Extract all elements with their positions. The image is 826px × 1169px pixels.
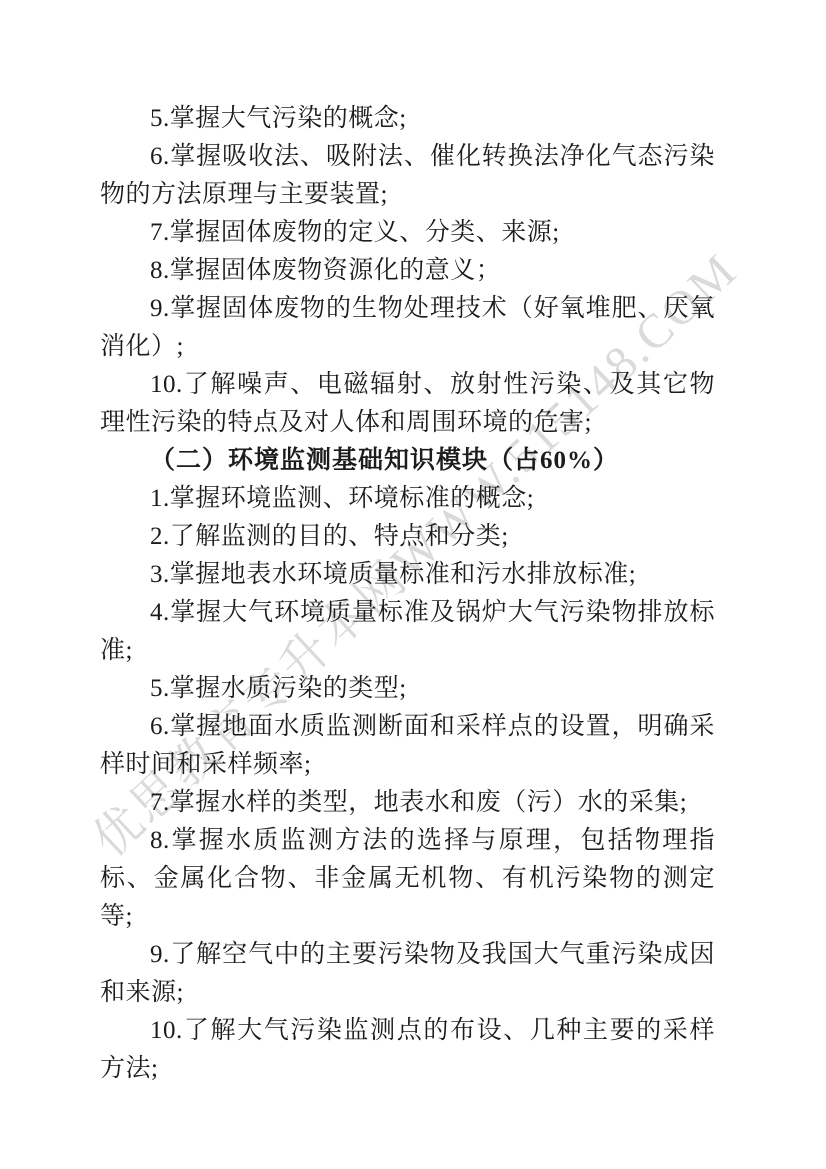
- list-item: 6.掌握地面水质监测断面和采样点的设置，明确采样时间和采样频率;: [100, 708, 715, 784]
- list-item: 7.掌握固体废物的定义、分类、来源;: [100, 214, 715, 252]
- list-item: 10.了解大气污染监测点的布设、几种主要的采样方法;: [100, 1012, 715, 1088]
- list-item: 4.掌握大气环境质量标准及锅炉大气污染物排放标准;: [100, 594, 715, 670]
- list-item: 3.掌握地表水环境质量标准和污水排放标准;: [100, 556, 715, 594]
- section-heading: （二）环境监测基础知识模块（占60%）: [100, 442, 715, 480]
- list-item: 7.掌握水样的类型，地表水和废（污）水的采集;: [100, 784, 715, 822]
- list-item: 2.了解监测的目的、特点和分类;: [100, 518, 715, 556]
- list-item: 10.了解噪声、电磁辐射、放射性污染、及其它物理性污染的特点及对人体和周围环境的…: [100, 366, 715, 442]
- list-item: 9.掌握固体废物的生物处理技术（好氧堆肥、厌氧消化）;: [100, 290, 715, 366]
- document-page: 优思教育专升本网WWW.515148.COM 5.掌握大气污染的概念; 6.掌握…: [0, 0, 826, 1169]
- list-item: 5.掌握大气污染的概念;: [100, 100, 715, 138]
- document-body: 5.掌握大气污染的概念; 6.掌握吸收法、吸附法、催化转换法净化气态污染物的方法…: [100, 100, 715, 1088]
- list-item: 5.掌握水质污染的类型;: [100, 670, 715, 708]
- list-item: 9.了解空气中的主要污染物及我国大气重污染成因和来源;: [100, 936, 715, 1012]
- list-item: 8.掌握固体废物资源化的意义；: [100, 252, 715, 290]
- list-item: 1.掌握环境监测、环境标准的概念;: [100, 480, 715, 518]
- list-item: 6.掌握吸收法、吸附法、催化转换法净化气态污染物的方法原理与主要装置;: [100, 138, 715, 214]
- list-item: 8.掌握水质监测方法的选择与原理，包括物理指标、金属化合物、非金属无机物、有机污…: [100, 822, 715, 936]
